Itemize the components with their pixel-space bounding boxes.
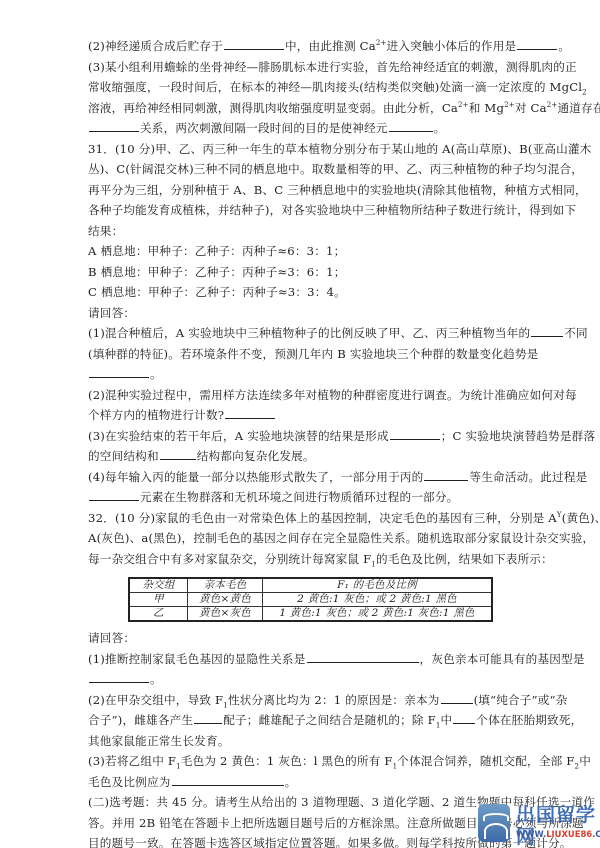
answer-blank	[172, 772, 284, 786]
answer-blank	[89, 118, 139, 132]
cross-results-table: 杂交组 亲本毛色 F₁ 的毛色及比例 甲 黄色×黄色 2 黄色:1 灰色；或 2…	[128, 577, 493, 622]
result-c: C 栖息地：甲种子：乙种子：丙种子≈3：3：4。	[88, 282, 520, 303]
result-a: A 栖息地：甲种子：乙种子：丙种子≈6：3：1；	[88, 241, 520, 262]
answer-blank	[224, 36, 284, 50]
answer-blank	[160, 446, 196, 460]
answer-blank	[307, 649, 419, 663]
q30-part3: (3)某小组利用蟾蜍的坐骨神经—腓肠肌标本进行实验，首先给神经适宜的刺激，测得肌…	[88, 57, 520, 139]
answer-blank	[424, 467, 468, 481]
question-32: 32．(10 分)家鼠的毛色由一对常染色体上的基因控制，决定毛色的基因有三种，分…	[88, 508, 520, 793]
watermark-url: WWW.LIUXUE86.COM	[516, 829, 600, 839]
table-header-row: 杂交组 亲本毛色 F₁ 的毛色及比例	[129, 578, 492, 593]
table-row: 甲 黄色×黄色 2 黄色:1 灰色；或 2 黄色:1 黑色	[129, 593, 492, 607]
answer-blank	[517, 36, 557, 50]
exam-page: (2)神经递质合成后贮存于中，由此推测 Ca2+进入突触小体后的作用是。 (3)…	[88, 36, 520, 848]
globe-arch-logo-icon	[478, 804, 510, 842]
watermark-site-name: 出国留学网	[516, 804, 598, 848]
answer-blank	[89, 487, 139, 501]
q30-part2: (2)神经递质合成后贮存于中，由此推测 Ca2+进入突触小体后的作用是。	[88, 36, 520, 57]
answer-blank	[389, 118, 433, 132]
answer-blank	[89, 669, 149, 683]
answer-blank	[453, 710, 475, 724]
elective-section: (二)选考题：共 45 分。请考生从给出的 3 道物理题、3 道化学题、2 道生…	[88, 792, 520, 848]
answer-blank	[441, 690, 473, 704]
result-b: B 栖息地：甲种子：乙种子：丙种子≈3：6：1；	[88, 262, 520, 283]
answer-blank	[89, 364, 149, 378]
answer-blank	[225, 405, 275, 419]
answer-blank	[531, 323, 563, 337]
answer-blank	[194, 710, 222, 724]
question-31: 31．(10 分)甲、乙、丙三种一年生的草本植物分别分布于某山地的 A(高山草原…	[88, 139, 520, 508]
table-row: 乙 黄色×灰色 1 黄色:1 灰色；或 2 黄色:1 灰色:1 黑色	[129, 607, 492, 622]
watermark-logo: 出国留学网 WWW.LIUXUE86.COM	[478, 802, 598, 844]
answer-blank	[390, 426, 440, 440]
